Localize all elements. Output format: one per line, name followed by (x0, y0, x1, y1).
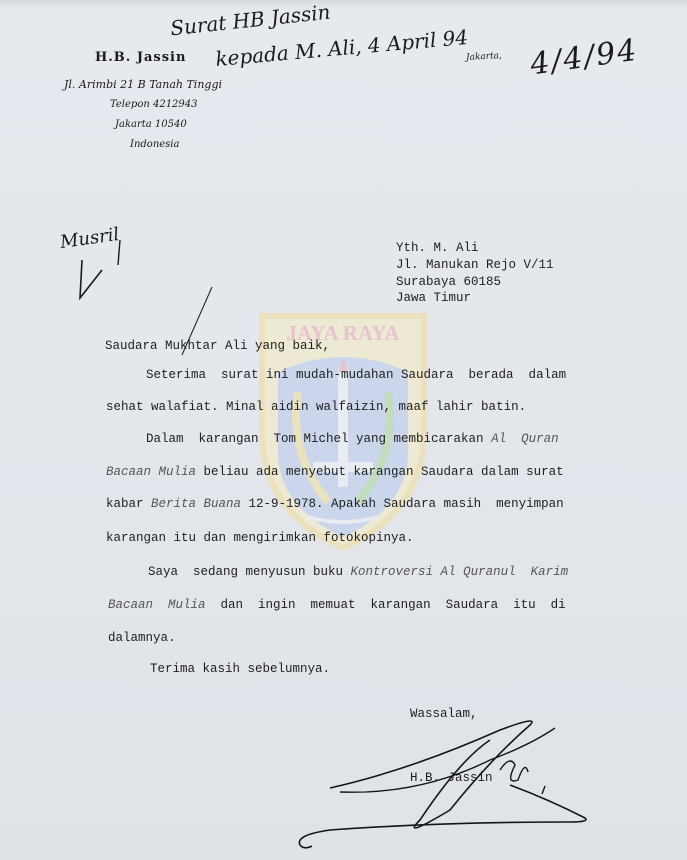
body-line: Bacaan Mulia beliau ada menyebut karanga… (106, 465, 564, 479)
body-line: sehat walafiat. Minal aidin walfaizin, m… (106, 400, 526, 414)
salutation: Saudara Mukhtar Ali yang baik, (105, 339, 330, 353)
book-title: Al Quran (491, 432, 559, 446)
recipient-line: Yth. M. Ali (396, 241, 479, 255)
letter-page: JAYA RAYA H.B. Jassin Jl. Arimbi 21 B Ta… (0, 0, 687, 860)
body-line: Seterima surat ini mudah-mudahan Saudara… (146, 368, 566, 382)
book-title: Kontroversi Al Quranul Karim (351, 565, 569, 579)
recipient-line: Jl. Manukan Rejo V/11 (396, 258, 554, 272)
pen-stroke-mark (170, 285, 220, 365)
recipient-line: Jawa Timur (396, 291, 471, 305)
newspaper-title: Berita Buana (151, 497, 241, 511)
body-line: dalamnya. (108, 631, 176, 645)
book-title: Bacaan Mulia (108, 598, 206, 612)
body-line: Terima kasih sebelumnya. (150, 662, 330, 676)
body-line: Bacaan Mulia dan ingin memuat karangan S… (108, 598, 566, 612)
signature-icon (290, 700, 590, 860)
handwritten-date: 4/4/94 (528, 33, 640, 83)
letterhead-city: Jakarta 10540 (115, 119, 187, 130)
place-label: Jakarta, (466, 51, 502, 63)
letterhead-street: Jl. Arimbi 21 B Tanah Tinggi (64, 78, 222, 91)
book-title: Bacaan Mulia (106, 465, 196, 479)
body-line: Dalam karangan Tom Michel yang membicara… (146, 432, 559, 446)
body-line: karangan itu dan mengirimkan fotokopinya… (106, 531, 414, 545)
body-line: kabar Berita Buana 12-9-1978. Apakah Sau… (106, 497, 564, 511)
checkmark-icon (60, 220, 140, 310)
letterhead-country: Indonesia (130, 139, 179, 150)
handwritten-note-line2: kepada M. Ali, 4 April 94 (214, 25, 469, 71)
letterhead-name: H.B. Jassin (95, 50, 186, 65)
letterhead-phone: Telepon 4212943 (110, 99, 198, 110)
recipient-line: Surabaya 60185 (396, 275, 501, 289)
body-line: Saya sedang menyusun buku Kontroversi Al… (148, 565, 568, 579)
page-edge-shadow (0, 0, 687, 10)
